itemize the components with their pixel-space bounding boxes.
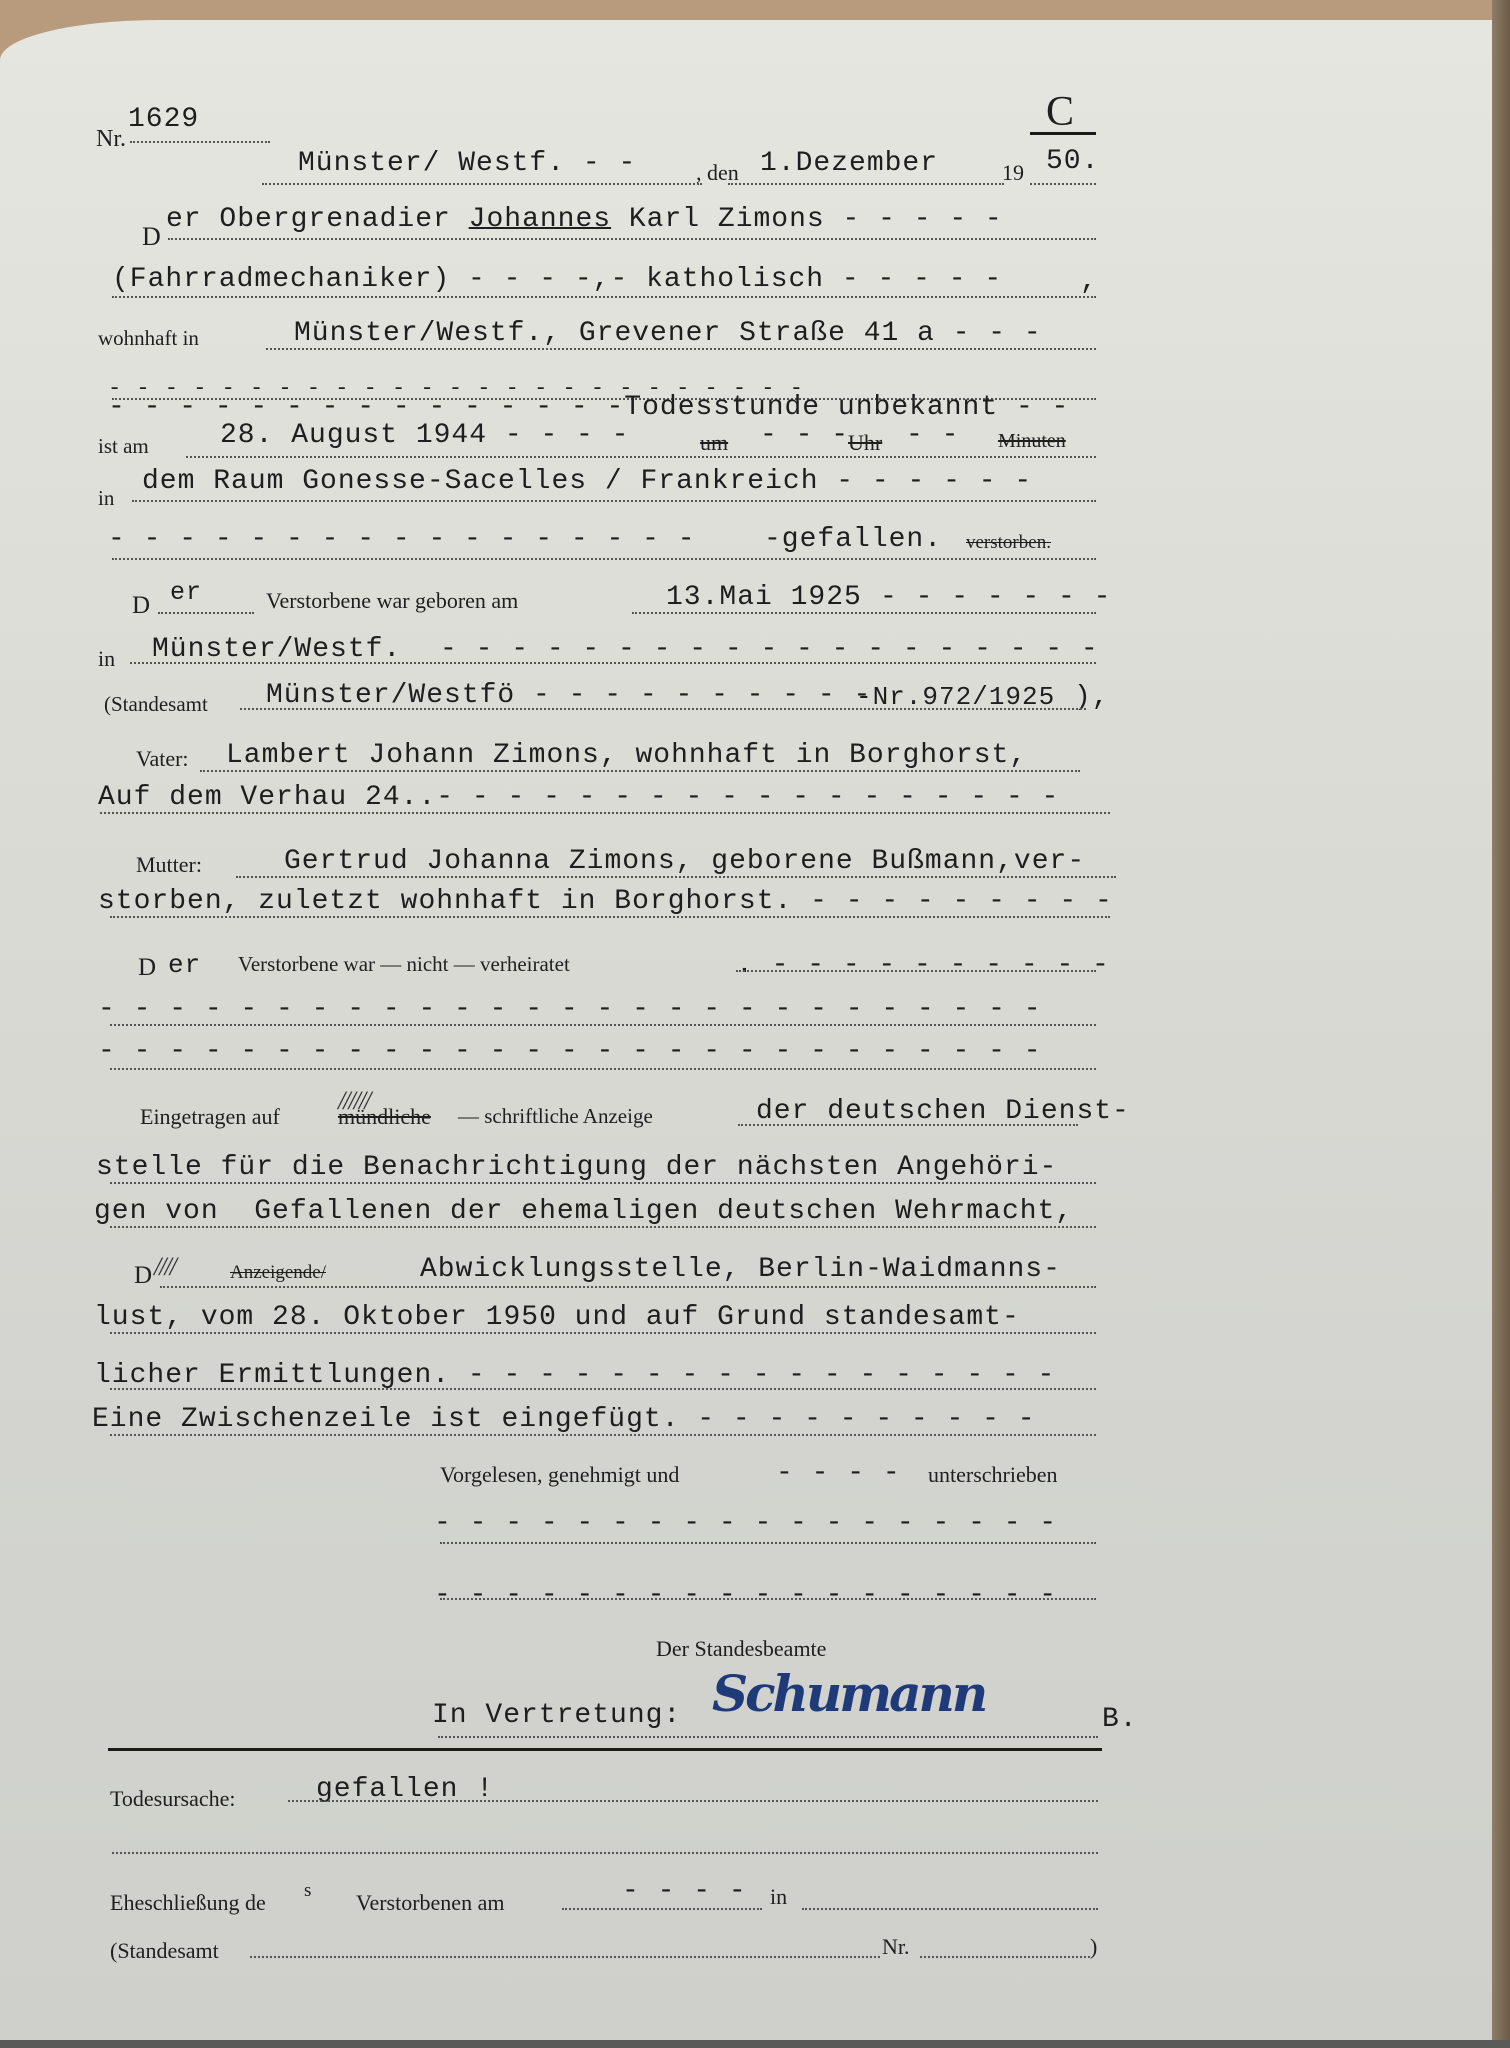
um-label: um: [700, 430, 728, 456]
name-rest: Karl Zimons - - - - -: [611, 204, 1003, 235]
birth-label: Verstorbene war geboren am: [266, 588, 518, 614]
marriage-date: - - - -: [622, 1876, 747, 1907]
marriage-date-dotline: [562, 1908, 762, 1910]
birth-place-dashes: - - - - - - - - - - - - - - - - - - -: [440, 634, 1099, 665]
date-dotline: [728, 183, 1004, 185]
death-date-dotline: [186, 456, 1096, 458]
book-spine: [1492, 0, 1510, 2048]
father-line2: Auf dem Verhau 24..- - - - - - - - - - -…: [98, 782, 1059, 813]
mother-dotline2: [110, 916, 1110, 918]
signature-dotline1: [440, 1542, 1096, 1544]
official-signature: Schumann: [712, 1664, 985, 1723]
occupation-comma: ,: [1080, 266, 1098, 297]
father-label: Vater:: [136, 746, 189, 772]
death-date-label: ist am: [98, 434, 149, 459]
registration-dotline5: [110, 1332, 1096, 1334]
birth-place-dotline: [130, 662, 1096, 664]
death-date: 28. August 1944 - - - -: [220, 420, 629, 451]
death-place-dotline: [132, 500, 1096, 502]
marital-label: Verstorbene war — nicht — verheiratet: [238, 952, 570, 977]
registration-dotline3: [110, 1226, 1096, 1228]
birth-registry-dotline: [240, 708, 1086, 710]
cause-dotline2: [112, 1852, 1098, 1854]
registration-line7: Eine Zwischenzeile ist eingefügt. - - - …: [92, 1404, 1036, 1435]
registration-dotline1: [738, 1124, 1078, 1126]
registration-strike-marks: //////: [338, 1086, 369, 1116]
marriage-registry-dotline: [250, 1956, 880, 1958]
death-place-label: in: [98, 486, 114, 511]
marital-er: er: [168, 950, 201, 980]
marriage-in-label: in: [770, 1884, 787, 1910]
nr-value: 1629: [128, 104, 199, 135]
deceased-dotline: [168, 238, 1096, 240]
header-date: 1.Dezember: [760, 148, 938, 179]
uhr-label: Uhr: [848, 430, 882, 456]
deceased-D: D: [142, 222, 161, 252]
birth-place-label: in: [98, 646, 115, 672]
marriage-place-dotline: [802, 1908, 1098, 1910]
residence-label: wohnhaft in: [98, 326, 199, 351]
marriage-registry-label: (Standesamt: [110, 1938, 219, 1964]
mother-dotline1: [236, 876, 1116, 878]
deputy-dotline: [438, 1736, 1098, 1738]
nr-label: Nr.: [96, 126, 126, 153]
birth-place: Münster/Westf.: [152, 634, 401, 665]
residence-dotline: [266, 348, 1096, 350]
deceased-name-line: er Obergrenadier Johannes Karl Zimons - …: [166, 204, 1003, 235]
outcome-dashes: - - - - - - - - - - - - - - - - -: [108, 524, 696, 555]
registration-line4-struck-word: Anzeigende/: [230, 1262, 326, 1284]
marital-dotline2: [110, 1024, 1096, 1026]
mother-label: Mutter:: [136, 852, 202, 878]
birth-er-dotline: [158, 612, 254, 614]
header-place: Münster/ Westf. - -: [298, 148, 636, 179]
signature-dotline2: [440, 1598, 1096, 1600]
registration-line1: der deutschen Dienst-: [756, 1096, 1130, 1127]
marriage-nr-label: Nr.: [882, 1934, 910, 1960]
birth-date-dashes: - - - - - - -: [880, 582, 1111, 613]
registration-dotline4: [160, 1286, 1096, 1288]
minuten-label: Minuten: [998, 430, 1066, 453]
marital-dotline1: [736, 970, 1096, 972]
residence-value: Münster/Westf., Grevener Straße 41 a - -…: [294, 318, 1042, 349]
marriage-label-sup: s: [304, 1880, 311, 1902]
marital-dotline3: [110, 1068, 1096, 1070]
time-of-death-unknown: - - - - - - - - - - - - - - -Todesstunde…: [108, 392, 1069, 423]
birth-D: D: [132, 592, 150, 620]
uhr-dashes: - -: [906, 420, 959, 451]
registration-line5: lust, vom 28. Oktober 1950 und auf Grund…: [94, 1302, 1020, 1333]
birth-date: 13.Mai 1925: [666, 582, 862, 613]
marriage-label-post: Verstorbenen am: [356, 1890, 504, 1916]
cause-dotline1: [288, 1800, 1098, 1802]
year-prefix: 19: [1002, 160, 1024, 186]
marital-dashes2: - - - - - - - - - - - - - - - - - - - - …: [98, 994, 1042, 1025]
birth-registry: Münster/Westfö - - - - - - - - - -: [266, 680, 871, 711]
marriage-nr-dotline: [920, 1956, 1090, 1958]
outcome-died-struck: verstorben.: [966, 532, 1051, 554]
marital-D: D: [138, 954, 156, 982]
signature-dash-line2: - - - - - - - - - - - - - - - - - -: [434, 1580, 1057, 1611]
nr-dotline: [130, 141, 270, 143]
registration-dotline6: [110, 1388, 1096, 1390]
registration-line6: licher Ermittlungen. - - - - - - - - - -…: [94, 1360, 1055, 1391]
father-line1: Lambert Johann Zimons, wohnhaft in Borgh…: [226, 740, 1027, 771]
marriage-registry-close: ): [1090, 1934, 1097, 1960]
registration-line4: Abwicklungsstelle, Berlin-Waidmanns-: [420, 1254, 1061, 1285]
mother-line2: storben, zuletzt wohnhaft in Borghorst. …: [98, 886, 1113, 917]
deputy-label: In Vertretung:: [432, 1700, 681, 1731]
signature-dash-line1: - - - - - - - - - - - - - - - - - -: [434, 1508, 1057, 1539]
registration-label-pre: Eingetragen auf: [140, 1104, 280, 1130]
registration-label-post: — schriftliche Anzeige: [458, 1104, 653, 1129]
registration-line4-strikes: ////: [154, 1252, 175, 1282]
birth-registry-label: (Standesamt: [104, 692, 208, 717]
registration-dotline2: [110, 1182, 1096, 1184]
um-dashes: - - -: [760, 420, 849, 451]
register-letter: C: [1046, 88, 1074, 136]
read-approved-label: Vorgelesen, genehmigt und: [440, 1462, 679, 1488]
registration-line4-D: D: [134, 1262, 152, 1290]
read-approved-dashes: - - - -: [776, 1458, 901, 1489]
section-divider-rule: [108, 1748, 1102, 1751]
marital-dashes3: - - - - - - - - - - - - - - - - - - - - …: [98, 1036, 1042, 1067]
year-suffix: 50.: [1046, 146, 1099, 177]
birth-date-dotline: [632, 612, 1096, 614]
place-dotline: [262, 183, 702, 185]
rank-text: er Obergrenadier: [166, 204, 469, 235]
signed-label: unterschrieben: [928, 1462, 1058, 1488]
official-initial: B.: [1102, 1704, 1138, 1735]
marital-dashes1: . - - - - - - - - - -: [736, 950, 1110, 981]
marriage-label-pre: Eheschließung de: [110, 1890, 266, 1916]
occupation-dotline: [112, 296, 1096, 298]
cause-of-death-label: Todesursache:: [110, 1786, 236, 1812]
outcome-dotline: [112, 558, 1096, 560]
death-place: dem Raum Gonesse-Sacelles / Frankreich -…: [142, 466, 1032, 497]
father-dotline1: [200, 770, 1080, 772]
page-bottom-edge: [0, 2040, 1510, 2048]
given-name-underlined: Johannes: [469, 204, 611, 235]
registration-line2: stelle für die Benachrichtigung der näch…: [96, 1152, 1057, 1183]
birth-er: er: [170, 578, 202, 607]
registration-line3: gen von Gefallenen der ehemaligen deutsc…: [94, 1196, 1073, 1227]
year-dotline: [1030, 183, 1096, 185]
outcome-fallen: -gefallen.: [764, 524, 942, 555]
occupation-religion: (Fahrradmechaniker) - - - -,- katholisch…: [112, 264, 1002, 295]
register-letter-rule: [1030, 132, 1096, 135]
mother-line1: Gertrud Johanna Zimons, geborene Bußmann…: [284, 846, 1085, 877]
official-title: Der Standesbeamte: [656, 1636, 826, 1662]
registration-dotline7: [110, 1434, 1096, 1436]
father-dotline2: [100, 812, 1110, 814]
